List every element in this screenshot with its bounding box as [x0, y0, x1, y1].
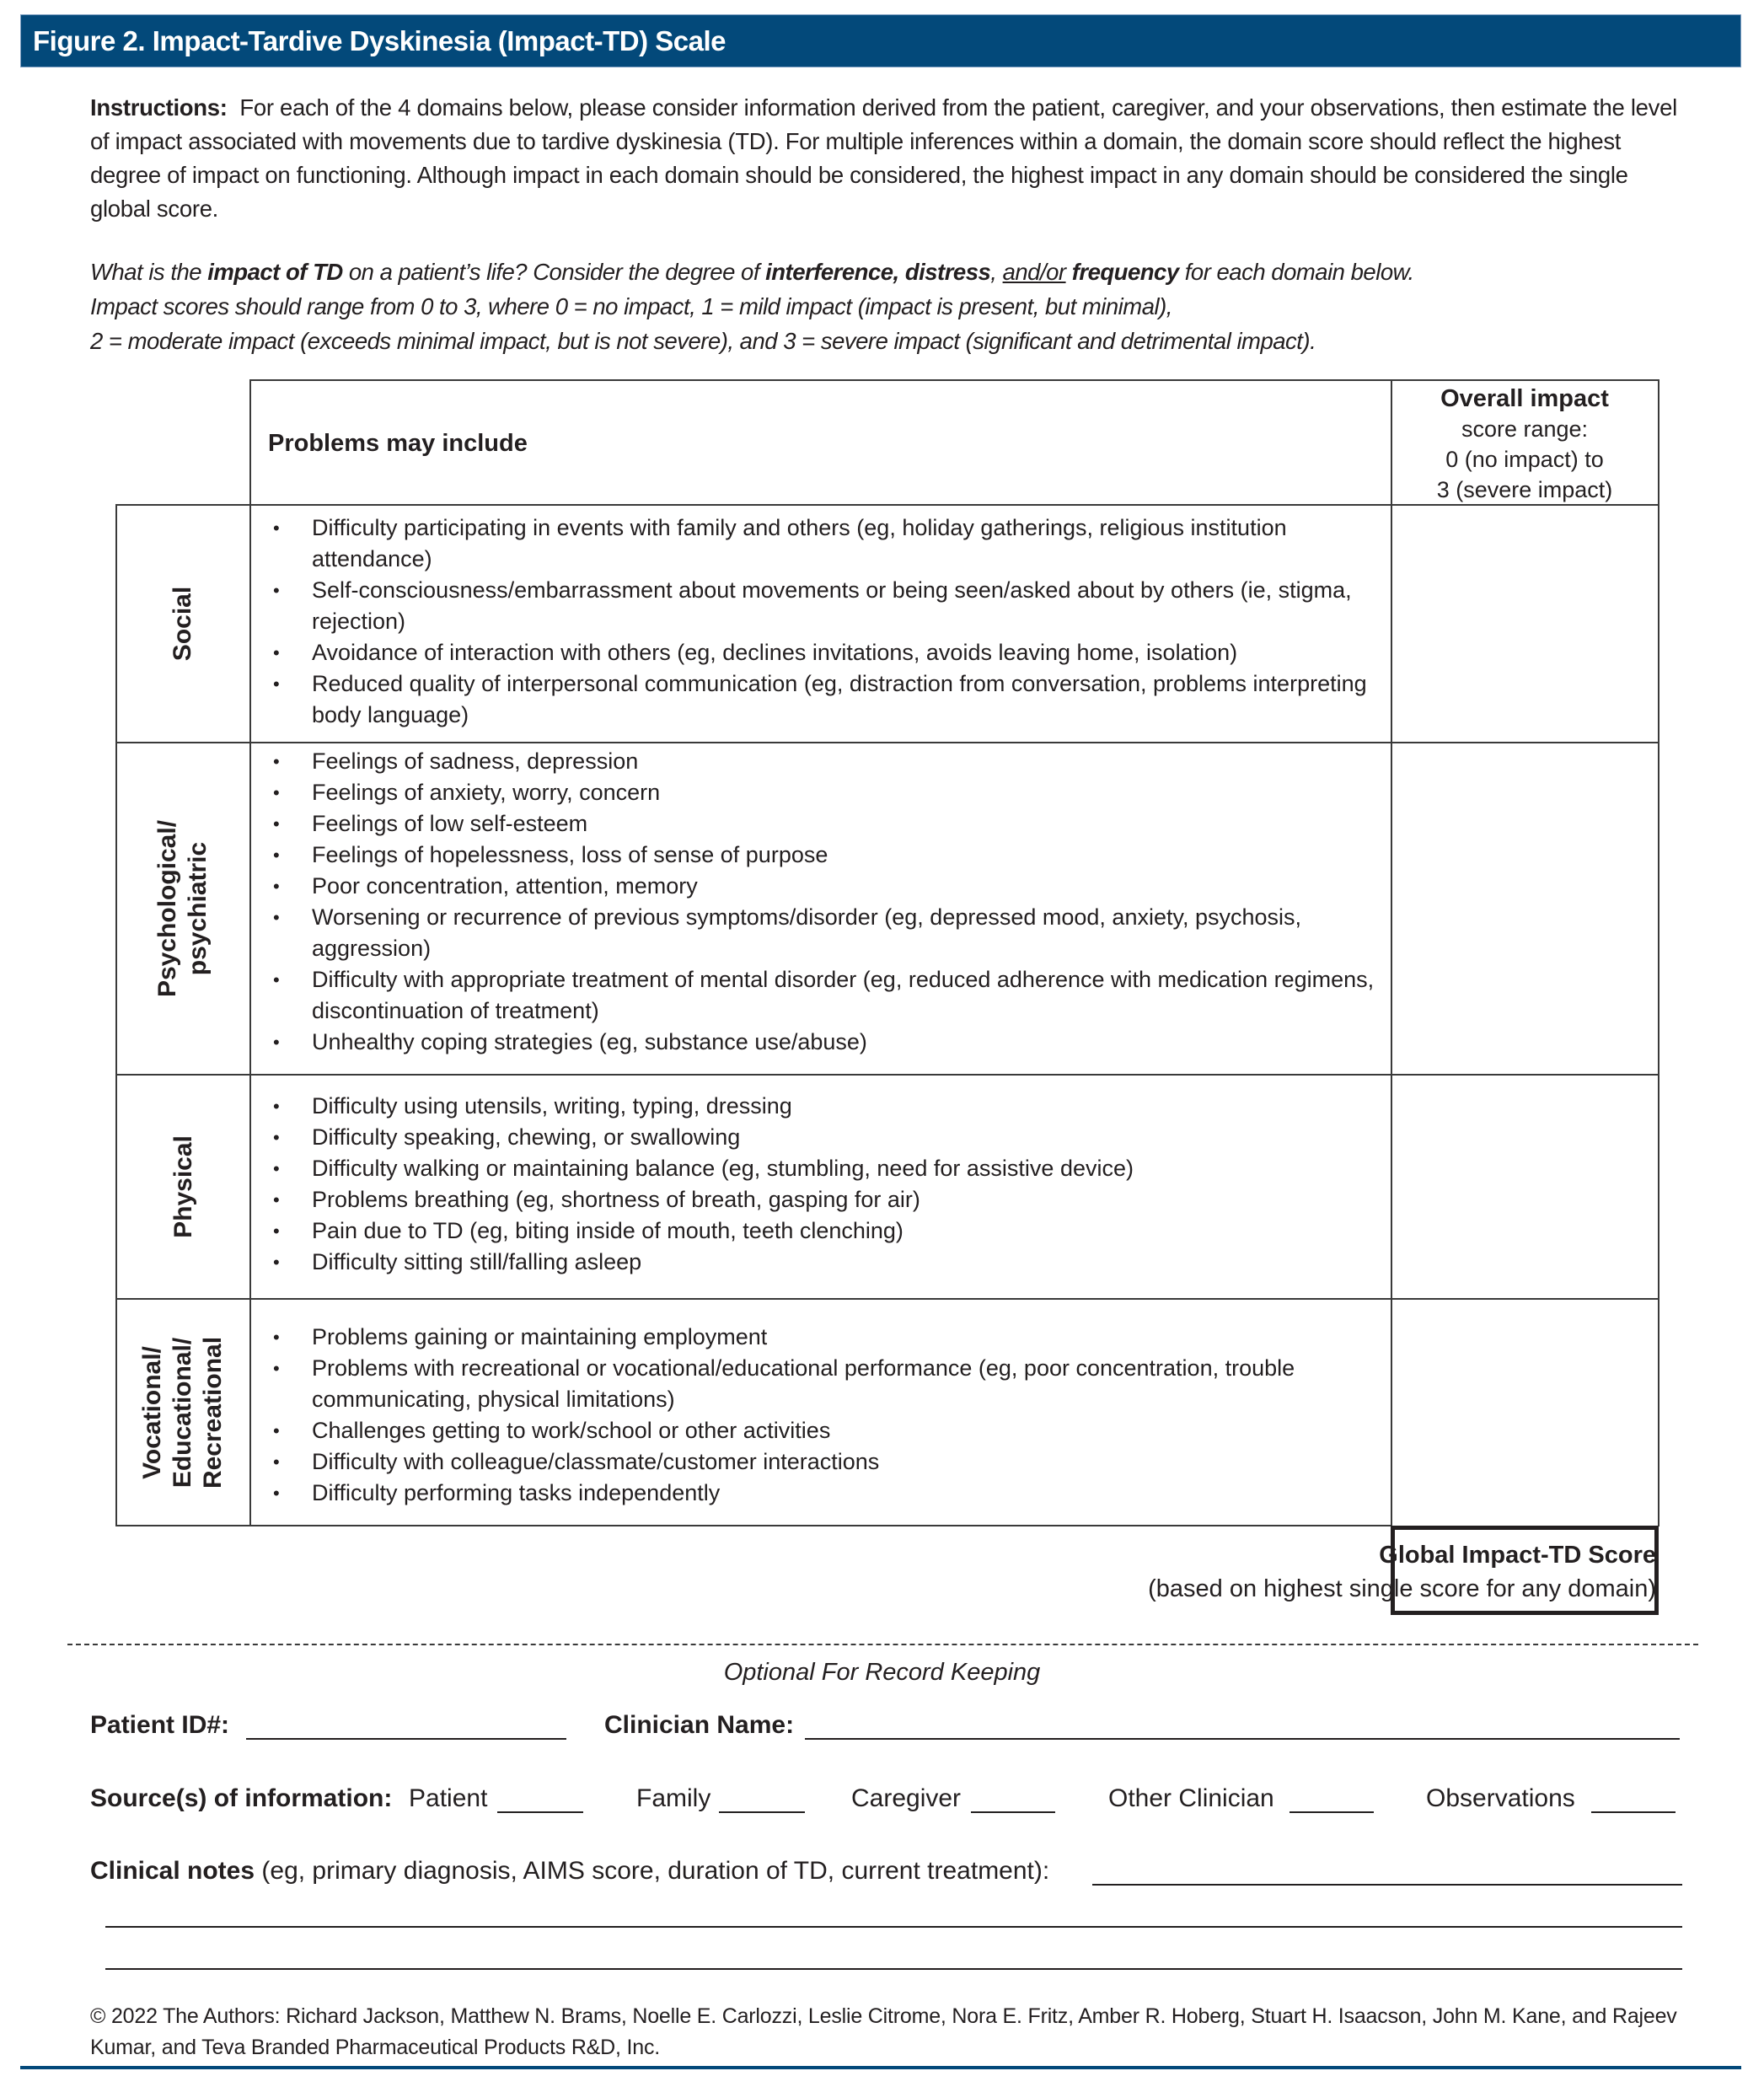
domain-column-border	[249, 379, 251, 1526]
source-other-clinician-field[interactable]	[1289, 1811, 1374, 1813]
clinical-notes-line-2[interactable]	[105, 1926, 1682, 1928]
problems-header: Problems may include	[268, 430, 528, 458]
problem-item: Problems gaining or maintaining employme…	[268, 1322, 1381, 1353]
psychological-score-cell[interactable]	[1392, 743, 1658, 1074]
source-family-field[interactable]	[719, 1811, 805, 1813]
vocational-score-cell[interactable]	[1392, 1300, 1658, 1525]
social-problems-list: Difficulty participating in events with …	[268, 512, 1381, 731]
bottom-rule	[20, 2066, 1741, 2069]
problem-item: Problems with recreational or vocational…	[268, 1353, 1381, 1415]
problem-item: Difficulty using utensils, writing, typi…	[268, 1091, 1381, 1122]
source-observations-field[interactable]	[1591, 1811, 1676, 1813]
clinical-notes-label: Clinical notes (eg, primary diagnosis, A…	[90, 1857, 1049, 1886]
problem-item: Pain due to TD (eg, biting inside of mou…	[268, 1215, 1381, 1247]
vocational-problems-list: Problems gaining or maintaining employme…	[268, 1322, 1381, 1509]
table-top-border	[250, 379, 1659, 381]
problem-item: Difficulty with appropriate treatment of…	[268, 964, 1381, 1027]
problem-item: Feelings of sadness, depression	[268, 746, 1381, 777]
problem-item: Difficulty with colleague/classmate/cust…	[268, 1446, 1381, 1478]
domain-social-label: Social	[117, 506, 249, 742]
global-score-box[interactable]	[1391, 1526, 1659, 1615]
source-other-clinician-label: Other Clinician	[1108, 1784, 1274, 1813]
instructions-text: For each of the 4 domains below, please …	[90, 94, 1677, 222]
problem-item: Feelings of anxiety, worry, concern	[268, 777, 1381, 808]
problem-item: Difficulty sitting still/falling asleep	[268, 1247, 1381, 1278]
domain-psychological-label: Psychological/ psychiatric	[117, 743, 249, 1074]
problem-item: Poor concentration, attention, memory	[268, 871, 1381, 902]
patient-id-field[interactable]	[246, 1738, 566, 1740]
problem-item: Challenges getting to work/school or oth…	[268, 1415, 1381, 1446]
physical-problems-list: Difficulty using utensils, writing, typi…	[268, 1091, 1381, 1278]
problem-item: Avoidance of interaction with others (eg…	[268, 637, 1381, 668]
guidance-question: What is the impact of TD on a patient’s …	[90, 255, 1708, 289]
impact-header: Overall impact score range: 0 (no impact…	[1391, 384, 1659, 505]
problem-item: Reduced quality of interpersonal communi…	[268, 668, 1381, 731]
problem-item: Worsening or recurrence of previous symp…	[268, 902, 1381, 964]
copyright-footer: © 2022 The Authors: Richard Jackson, Mat…	[90, 2001, 1734, 2063]
sources-label: Source(s) of information:	[90, 1784, 392, 1813]
problem-item: Difficulty walking or maintaining balanc…	[268, 1153, 1381, 1184]
psychological-problems-list: Feelings of sadness, depressionFeelings …	[268, 746, 1381, 1058]
guidance-line-3: 2 = moderate impact (exceeds minimal imp…	[90, 324, 1708, 358]
clinician-name-field[interactable]	[805, 1738, 1680, 1740]
source-caregiver-label: Caregiver	[851, 1784, 961, 1813]
source-patient-field[interactable]	[497, 1811, 583, 1813]
table-right-border	[1658, 379, 1659, 1526]
figure-title: Figure 2. Impact-Tardive Dyskinesia (Imp…	[33, 25, 726, 57]
problem-item: Feelings of hopelessness, loss of sense …	[268, 840, 1381, 871]
instructions: Instructions: For each of the 4 domains …	[90, 91, 1692, 226]
problem-item: Feelings of low self-esteem	[268, 808, 1381, 840]
patient-id-label: Patient ID#:	[90, 1711, 229, 1740]
source-caregiver-field[interactable]	[971, 1811, 1055, 1813]
problem-item: Unhealthy coping strategies (eg, substan…	[268, 1027, 1381, 1058]
clinical-notes-line-3[interactable]	[105, 1968, 1682, 1970]
problem-item: Problems breathing (eg, shortness of bre…	[268, 1184, 1381, 1215]
source-observations-label: Observations	[1426, 1784, 1575, 1813]
scoring-guidance: What is the impact of TD on a patient’s …	[90, 255, 1708, 358]
source-patient-label: Patient	[409, 1784, 487, 1813]
figure-title-band: Figure 2. Impact-Tardive Dyskinesia (Imp…	[20, 14, 1741, 67]
guidance-line-2: Impact scores should range from 0 to 3, …	[90, 289, 1708, 324]
cut-line-divider	[67, 1644, 1698, 1645]
table-bottom-border	[115, 1525, 1392, 1526]
problem-item: Difficulty performing tasks independentl…	[268, 1478, 1381, 1509]
domain-physical-label: Physical	[117, 1076, 249, 1298]
problem-item: Difficulty participating in events with …	[268, 512, 1381, 575]
physical-score-cell[interactable]	[1392, 1076, 1658, 1298]
record-keeping-title: Optional For Record Keeping	[0, 1659, 1764, 1687]
clinical-notes-field[interactable]	[1092, 1884, 1682, 1886]
social-score-cell[interactable]	[1392, 506, 1658, 742]
clinician-name-label: Clinician Name:	[604, 1711, 794, 1740]
source-family-label: Family	[636, 1784, 710, 1813]
problem-item: Self-consciousness/embarrassment about m…	[268, 575, 1381, 637]
domain-vocational-label: Vocational/ Educational/ Recreational	[117, 1300, 249, 1525]
problem-item: Difficulty speaking, chewing, or swallow…	[268, 1122, 1381, 1153]
instructions-label: Instructions:	[90, 94, 228, 121]
